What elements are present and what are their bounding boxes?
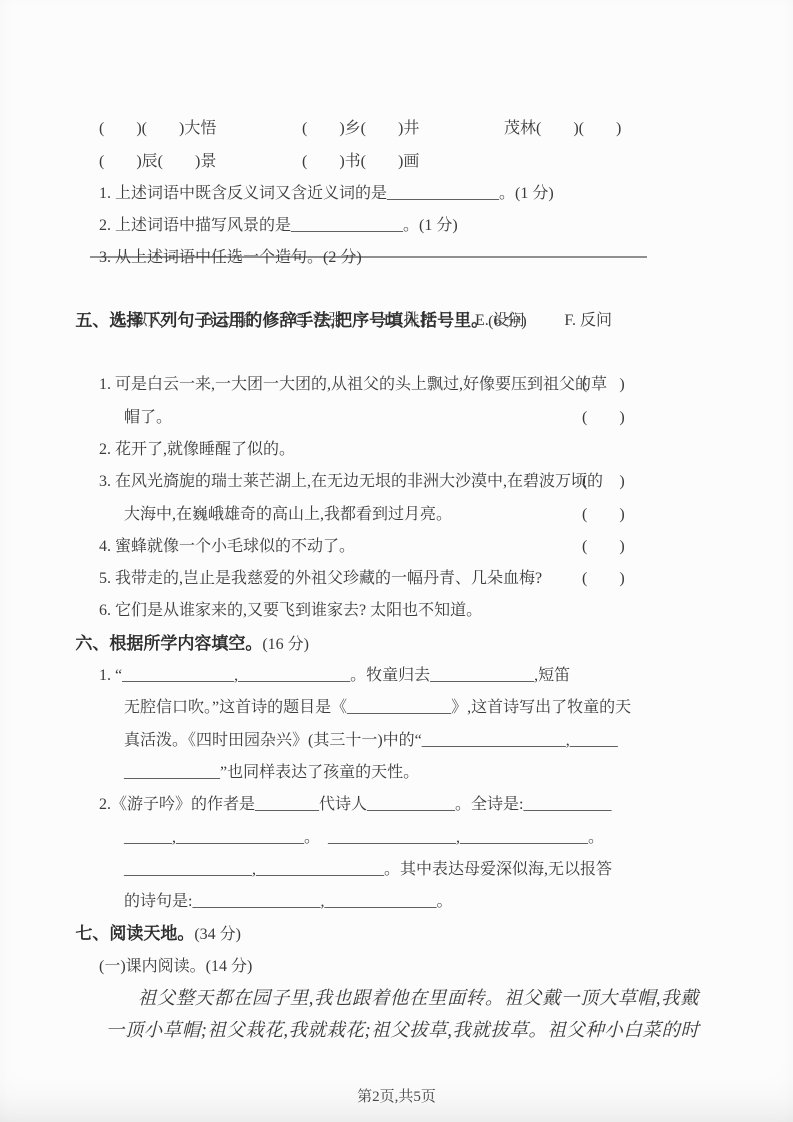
passage-text: 一顶小草帽;祖父栽花,我就栽花;祖父拔草,我就拔草。祖父种小白菜的时	[78, 1021, 700, 1041]
section6-item2-line1: 2.《游子吟》的作者是________代诗人___________。全诗是:__…	[47, 757, 753, 789]
section7-header: 七、阅读天地。(34 分)	[47, 886, 753, 918]
answer-bracket: ( )	[582, 466, 625, 498]
section6-item2-line3: ________________,________________。其中表达母爱…	[47, 822, 753, 854]
section6-item1-line3: 真活泼。《四时田园杂兴》(其三十一)中的“__________________,…	[47, 692, 753, 724]
word-row-2: ( )辰( )景( )书( )画	[47, 113, 753, 145]
section5-item2: 2. 花开了,就像睡醒了似的。 ( )	[47, 402, 753, 434]
section6-header: 六、根据所学内容填空。(16 分)	[47, 595, 753, 627]
section5-item3-line2: 大海中,在巍峨雄奇的高山上,我都看到过月亮。 ( )	[47, 466, 753, 498]
option-e: E. 设问	[475, 305, 525, 337]
answer-bracket: ( )	[582, 369, 625, 401]
reading-passage-line1: 祖父整天都在园子里,我也跟着他在里面转。祖父戴一顶大草帽,我戴	[47, 951, 753, 983]
page-content: ( )( )大悟( )乡( )井茂林( )( ) ( )辰( )景( )书( )…	[0, 0, 793, 1015]
section6-item1-line2: 无腔信口吹。”这首诗的题目是《_____________》,这首诗写出了牧童的天	[47, 660, 753, 692]
section5-item3-line1: 3. 在风光旖旎的瑞士莱芒湖上,在无边无垠的非洲大沙漠中,在碧波万顷的	[47, 434, 753, 466]
section5-header: 五、选择下列句子运用的修辞手法,把序号填入括号里。(6 分)	[47, 272, 753, 304]
section7-subsection: (一)课内阅读。(14 分)	[47, 918, 753, 950]
section5-item6: 6. 它们是从谁家来的,又要飞到谁家去? 太阳也不知道。 ( )	[47, 563, 753, 595]
wordlist-question-1: 1. 上述词语中既含反义词又含近义词的是______________。(1 分)	[47, 146, 753, 178]
page-number-footer: 第2页,共5页	[0, 1085, 793, 1106]
option-b: B. 比喻	[203, 305, 254, 337]
wordlist-question-3: 3. 从上述词语中任选一个造句。(2 分)	[47, 210, 753, 242]
option-a: A. 拟人	[112, 305, 164, 337]
option-d: D. 排比	[384, 305, 436, 337]
section6-item1-line1: 1. “______________,______________。牧童归去__…	[47, 628, 753, 660]
exam-page: ( )( )大悟( )乡( )井茂林( )( ) ( )辰( )景( )书( )…	[0, 0, 793, 1122]
reading-passage-line2: 一顶小草帽;祖父栽花,我就栽花;祖父拔草,我就拔草。祖父种小白菜的时	[47, 983, 753, 1015]
section5-item4: 4. 蜜蜂就像一个小毛球似的不动了。 ( )	[47, 499, 753, 531]
answer-bracket: ( )	[582, 499, 625, 531]
answer-bracket: ( )	[582, 531, 625, 563]
option-c: C. 夸张	[293, 305, 344, 337]
section5-item5: 5. 我带走的,岂止是我慈爱的外祖父珍藏的一幅丹青、几朵血梅? ( )	[47, 531, 753, 563]
wordlist-question-2: 2. 上述词语中描写风景的是______________。(1 分)	[47, 178, 753, 210]
answer-bracket: ( )	[582, 402, 625, 434]
question-text: 3. 从上述词语中任选一个造句。(2 分)	[71, 249, 362, 266]
section5-item1-line2: 帽了。 ( )	[47, 369, 753, 401]
section5-options-row: A. 拟人 B. 比喻 C. 夸张 D. 排比 E. 设问 F. 反问	[112, 305, 612, 337]
section6-item2-line4: 的诗句是:________________,______________。	[47, 854, 753, 886]
option-f: F. 反问	[564, 305, 612, 337]
answer-bracket: ( )	[582, 563, 625, 595]
word-row-1: ( )( )大悟( )乡( )井茂林( )( )	[47, 81, 753, 113]
section6-item1-line4: ____________”也同样表达了孩童的天性。	[47, 725, 753, 757]
section5-item1-line1: 1. 可是白云一来,一大团一大团的,从祖父的头上飘过,好像要压到祖父的草	[47, 337, 753, 369]
section6-item2-line2: ______,________________。 _______________…	[47, 789, 753, 821]
